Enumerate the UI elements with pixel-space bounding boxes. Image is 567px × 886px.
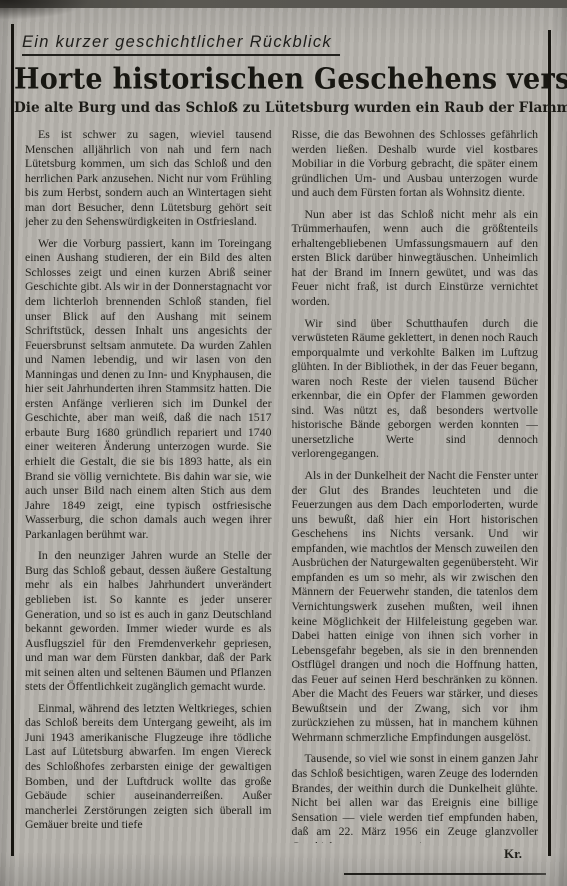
kicker: Ein kurzer geschichtlicher Rückblick (22, 33, 340, 56)
newspaper-clipping-scan: Ein kurzer geschichtlicher Rückblick Hor… (0, 0, 567, 886)
clipping-right-border-rule (548, 30, 551, 856)
body-paragraph: Einmal, während des letzten Weltkrieges,… (25, 701, 272, 832)
author-initials: Kr. (504, 846, 522, 862)
article-end-rule (344, 873, 546, 876)
body-paragraph: Wir sind über Schutthaufen durch die ver… (292, 316, 539, 461)
article: Ein kurzer geschichtlicher Rückblick Hor… (14, 8, 548, 886)
body-paragraph: Risse, die das Bewohnen des Schlosses ge… (292, 127, 539, 200)
body-paragraph: Als in der Dunkelheit der Nacht die Fens… (292, 468, 539, 744)
left-column: Es ist schwer zu sagen, wieviel tausend … (25, 127, 272, 843)
body-paragraph: Nun aber ist das Schloß nicht mehr als e… (292, 207, 539, 309)
article-body: Es ist schwer zu sagen, wieviel tausend … (25, 127, 538, 843)
body-paragraph: Es ist schwer zu sagen, wieviel tausend … (25, 127, 272, 229)
right-column: Risse, die das Bewohnen des Schlosses ge… (292, 127, 539, 843)
body-paragraph: Wer die Vorburg passiert, kann im Torein… (25, 236, 272, 541)
body-paragraph: In den neunziger Jahren wurde an Stelle … (25, 548, 272, 693)
headline: Horte historischen Geschehens versanken … (14, 63, 548, 96)
subheadline: Die alte Burg und das Schloß zu Lütetsbu… (14, 100, 548, 116)
body-paragraph: Tausende, so viel wie sonst in einem gan… (292, 751, 539, 843)
